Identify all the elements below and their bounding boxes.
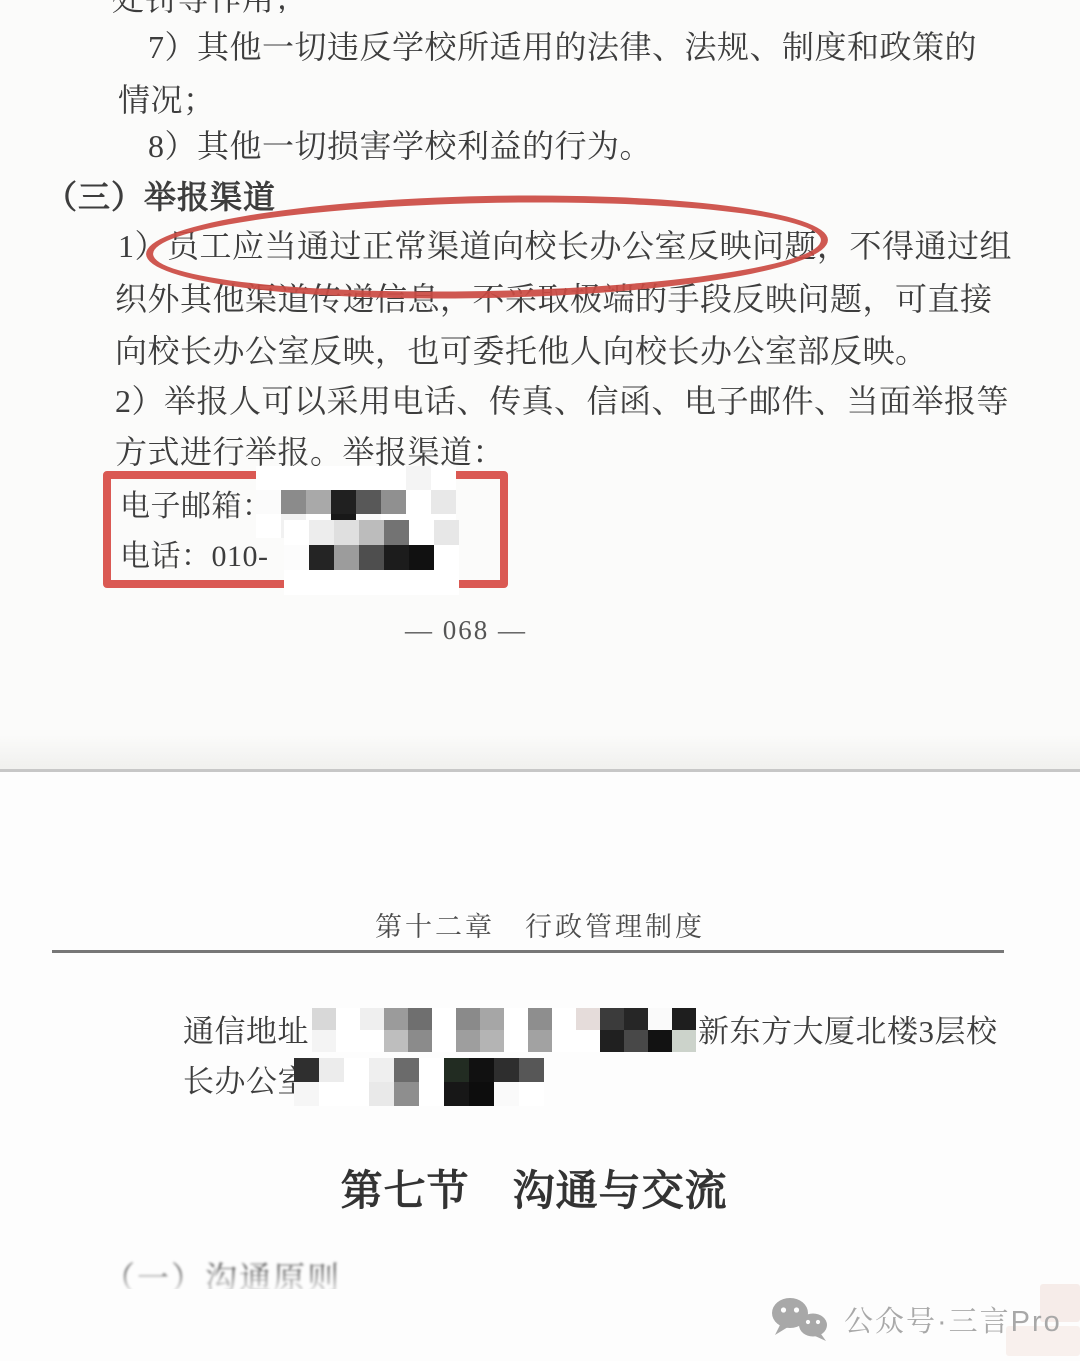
address-line2-prefix: 长办公室 bbox=[183, 1062, 309, 1102]
section7-heading: 第七节 沟通与交流 bbox=[341, 1158, 728, 1218]
para1-line3: 向校长办公室反映，也可委托他人向校长办公室部反映。 bbox=[115, 331, 928, 371]
address-line1-prefix: 通信地址 bbox=[183, 1012, 309, 1052]
chapter-heading: 第十二章 行政管理制度 bbox=[375, 905, 705, 944]
item7-line2: 情况； bbox=[118, 80, 216, 120]
page-number: — 068 — bbox=[405, 610, 527, 650]
contact-phone-label: 电话：010- bbox=[120, 537, 269, 577]
item7-line1: 7）其他一切违反学校所适用的法律、法规、制度和政策的 bbox=[148, 27, 977, 67]
address-line1-suffix: 新东方大厦北楼3层校 bbox=[698, 1012, 998, 1052]
watermark-text: 公众号·三言Pro bbox=[844, 1299, 1062, 1340]
phone-value-mosaic bbox=[284, 520, 459, 595]
truncated-top-line-text: 处罚等作用； bbox=[112, 0, 372, 13]
watermark: 公众号·三言Pro bbox=[768, 1296, 1062, 1342]
para2-line1: 2）举报人可以采用电话、传真、信函、电子邮件、当面举报等 bbox=[115, 381, 1009, 421]
contact-email-label: 电子邮箱： bbox=[120, 487, 273, 527]
chapter-rule bbox=[52, 950, 1004, 953]
address-mosaic-2 bbox=[294, 1058, 544, 1106]
address-mosaic-1 bbox=[312, 1008, 696, 1052]
scanned-page-1: 处罚等作用； 7）其他一切违反学校所适用的法律、法规、制度和政策的 情况； 8）… bbox=[0, 0, 1080, 772]
section3-heading: （三）举报渠道 bbox=[45, 177, 276, 217]
subsection-partial-text: （一）沟通原则 bbox=[103, 1253, 523, 1289]
wechat-icon bbox=[768, 1296, 832, 1342]
item8-line: 8）其他一切损害学校利益的行为。 bbox=[148, 126, 652, 166]
truncated-top-line: 处罚等作用； bbox=[112, 0, 372, 13]
subsection-partial-line: （一）沟通原则 bbox=[103, 1253, 523, 1289]
screenshot-root: 处罚等作用； 7）其他一切违反学校所适用的法律、法规、制度和政策的 情况； 8）… bbox=[0, 0, 1080, 1361]
